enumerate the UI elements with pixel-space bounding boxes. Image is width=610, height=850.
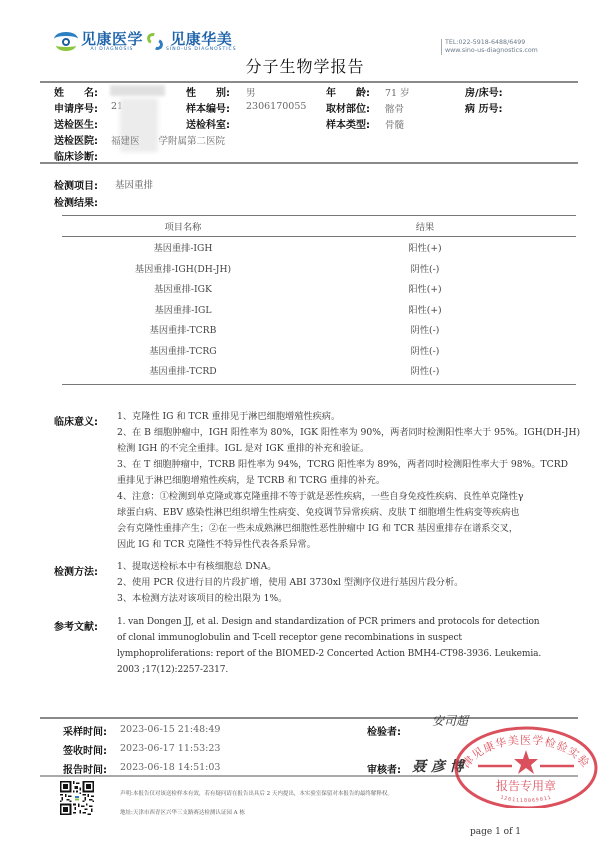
- phone-number: TEL:022-5918-6488/6499: [445, 39, 538, 47]
- brand-sino-us: 见康华美 SINO-US DIAGNOSTICS: [166, 31, 237, 52]
- item-name: 基因重排-TCRG: [62, 343, 304, 357]
- lab-seal-stamp: 天津见康华美医学检验实验室 报告专用章 1201110069011: [452, 720, 600, 808]
- site-label: 取材部位:: [326, 100, 370, 115]
- item-result: 阴性(-): [304, 322, 576, 336]
- clinical-line: 重排见于淋巴细胞增殖性疾病，是 TCRB 和 TCRG 重排的补充。: [117, 473, 587, 489]
- method-line: 1、提取送检标本中有核细胞总 DNA。: [117, 559, 587, 575]
- sample-no-label: 样本编号:: [186, 100, 230, 115]
- disclaimer-text: 声明:本报告仅对该送检样本有效，若有疑问请在报告出具后 2 天内提出，本实验室保…: [120, 789, 393, 797]
- page-number: page 1 of 1: [470, 827, 521, 837]
- clinical-line: 因此 IG 和 TCR 克隆性不特异性代表各系异常。: [117, 537, 587, 553]
- svg-text:1201110069011: 1201110069011: [500, 795, 553, 804]
- name-label: 姓 名:: [54, 84, 98, 99]
- clinical-line: 4、注意：①检测到单克隆或寡克隆重排不等于就是恶性疾病，一些自身免疫性疾病、良性…: [117, 489, 587, 505]
- clinical-line: 1、克隆性 IG 和 TCR 重排见于淋巴细胞增殖性疾病。: [117, 409, 587, 425]
- name-redacted: [110, 85, 165, 96]
- clinical-label: 临床意义:: [54, 413, 98, 428]
- clinical-line: 3、在 T 细胞肿瘤中，TCRB 阳性率为 94%，TCRG 阳性率为 89%，…: [117, 457, 587, 473]
- test-result-label: 检测结果:: [54, 194, 98, 209]
- department-label: 送检科室:: [186, 116, 230, 131]
- sampling-time-label: 采样时间:: [63, 723, 107, 738]
- svg-text:报告专用章: 报告专用章: [496, 778, 556, 793]
- divider: [40, 81, 578, 83]
- eye-logo-icon: [54, 32, 78, 52]
- results-table: 项目名称 结果 基因重排-IGH 阳性(+) 基因重排-IGH(DH-JH) 阴…: [62, 215, 576, 385]
- site-value: 髂骨: [385, 101, 404, 115]
- table-header: 项目名称 结果: [62, 215, 576, 237]
- address-text: 地址:天津市西青区兴华三支路赛达检测认证园 A 栋: [120, 808, 245, 816]
- column-header-result: 结果: [304, 219, 576, 233]
- item-result: 阴性(-): [304, 363, 576, 377]
- table-row: 基因重排-TCRD 阴性(-): [62, 360, 576, 381]
- item-name: 基因重排-IGH(DH-JH): [62, 261, 304, 275]
- sample-type-label: 样本类型:: [326, 116, 370, 131]
- contact-info: TEL:022-5918-6488/6499 www.sino-us-diagn…: [441, 39, 538, 55]
- item-result: 阳性(+): [304, 281, 576, 295]
- sampling-time-value: 2023-06-15 21:48:49: [120, 724, 220, 735]
- method-line: 3、本检测方法对该项目的检出限为 1%。: [117, 591, 587, 607]
- item-result: 阳性(+): [304, 302, 576, 316]
- tester-label: 检验者:: [367, 723, 401, 738]
- clinical-line: 检测 IGH 的不完全重排。IGL 是对 IGK 重排的补充和验证。: [117, 441, 587, 457]
- received-time-value: 2023-06-17 11:53:23: [120, 743, 220, 754]
- record-label: 病 历号:: [465, 100, 502, 115]
- report-title: 分子生物学报告: [0, 54, 610, 77]
- clinical-line: 球蛋白病、EBV 感染性淋巴组织增生性病变、免疫调节异常疾病、皮肤 T 细胞增生…: [117, 505, 587, 521]
- reference-line: 2003 ;17(12):2257-2317.: [117, 662, 597, 678]
- column-header-item: 项目名称: [62, 219, 304, 233]
- test-item-label: 检测项目:: [54, 177, 98, 192]
- clinical-significance: 1、克隆性 IG 和 TCR 重排见于淋巴细胞增殖性疾病。 2、在 B 细胞肿瘤…: [117, 409, 587, 553]
- table-row: 基因重排-TCRB 阴性(-): [62, 319, 576, 340]
- company-logo: 见康医学 AI DIAGNOSIS 见康华美 SINO-US DIAGNOSTI…: [54, 31, 237, 52]
- item-name: 基因重排-TCRB: [62, 322, 304, 336]
- bed-label: 房/床号:: [465, 84, 503, 99]
- test-item-value: 基因重排: [115, 177, 153, 191]
- sample-no-value: 2306170055: [246, 101, 306, 112]
- report-time-label: 报告时间:: [63, 761, 107, 776]
- table-row: 基因重排-IGH 阳性(+): [62, 237, 576, 258]
- divider: [40, 717, 578, 719]
- age-value: 71 岁: [385, 85, 410, 99]
- table-row: 基因重排-IGH(DH-JH) 阴性(-): [62, 258, 576, 279]
- table-row: 基因重排-TCRG 阴性(-): [62, 340, 576, 361]
- item-name: 基因重排-IGH: [62, 240, 304, 254]
- references: 1. van Dongen JJ, et al. Design and stan…: [117, 614, 597, 678]
- age-label: 年 龄:: [326, 84, 370, 99]
- item-result: 阴性(-): [304, 343, 576, 357]
- received-time-label: 签收时间:: [63, 742, 107, 757]
- item-name: 基因重排-IGK: [62, 281, 304, 295]
- gender-label: 性 别:: [186, 84, 230, 99]
- hospital-value: 福建医 学附属第二医院: [111, 133, 225, 147]
- method-line: 2、使用 PCR 仪进行目的片段扩增，使用 ABI 3730xl 型测序仪进行基…: [117, 575, 587, 591]
- item-result: 阴性(-): [304, 261, 576, 275]
- reference-line: lymphoproliferations: report of the BIOM…: [117, 646, 597, 662]
- sample-type-value: 骨髓: [385, 117, 404, 131]
- references-label: 参考文献:: [54, 618, 98, 633]
- clinical-line: 会有克隆性重排产生；②在一些未成熟淋巴细胞性恶性肿瘤中 IG 和 TCR 基因重…: [117, 521, 587, 537]
- diagnosis-label: 临床诊断:: [54, 148, 98, 163]
- table-row: 基因重排-IGL 阳性(+): [62, 299, 576, 320]
- table-bottom-rule: [62, 381, 576, 385]
- report-time-value: 2023-06-18 14:51:03: [120, 762, 220, 773]
- qr-code[interactable]: [60, 781, 94, 815]
- reference-line: of clonal immunoglobulin and T-cell rece…: [117, 630, 597, 646]
- doctor-label: 送检医生:: [54, 116, 98, 131]
- clinical-line: 2、在 B 细胞肿瘤中，IGH 阳性率为 80%，IGK 阳性率为 90%，两者…: [117, 425, 587, 441]
- method-label: 检测方法:: [54, 563, 98, 578]
- gender-value: 男: [246, 85, 256, 99]
- hospital-label: 送检医院:: [54, 132, 98, 147]
- test-method: 1、提取送检标本中有核细胞总 DNA。 2、使用 PCR 仪进行目的片段扩增，使…: [117, 559, 587, 607]
- application-no-label: 申请序号:: [54, 100, 98, 115]
- brand-ai-diagnosis: 见康医学 AI DIAGNOSIS: [81, 31, 143, 52]
- reference-line: 1. van Dongen JJ, et al. Design and stan…: [117, 614, 597, 630]
- item-name: 基因重排-IGL: [62, 302, 304, 316]
- item-result: 阳性(+): [304, 240, 576, 254]
- reviewer-label: 审核者:: [367, 761, 401, 776]
- swirl-logo-icon: [147, 33, 163, 51]
- item-name: 基因重排-TCRD: [62, 363, 304, 377]
- divider: [40, 162, 578, 164]
- table-row: 基因重排-IGK 阳性(+): [62, 278, 576, 299]
